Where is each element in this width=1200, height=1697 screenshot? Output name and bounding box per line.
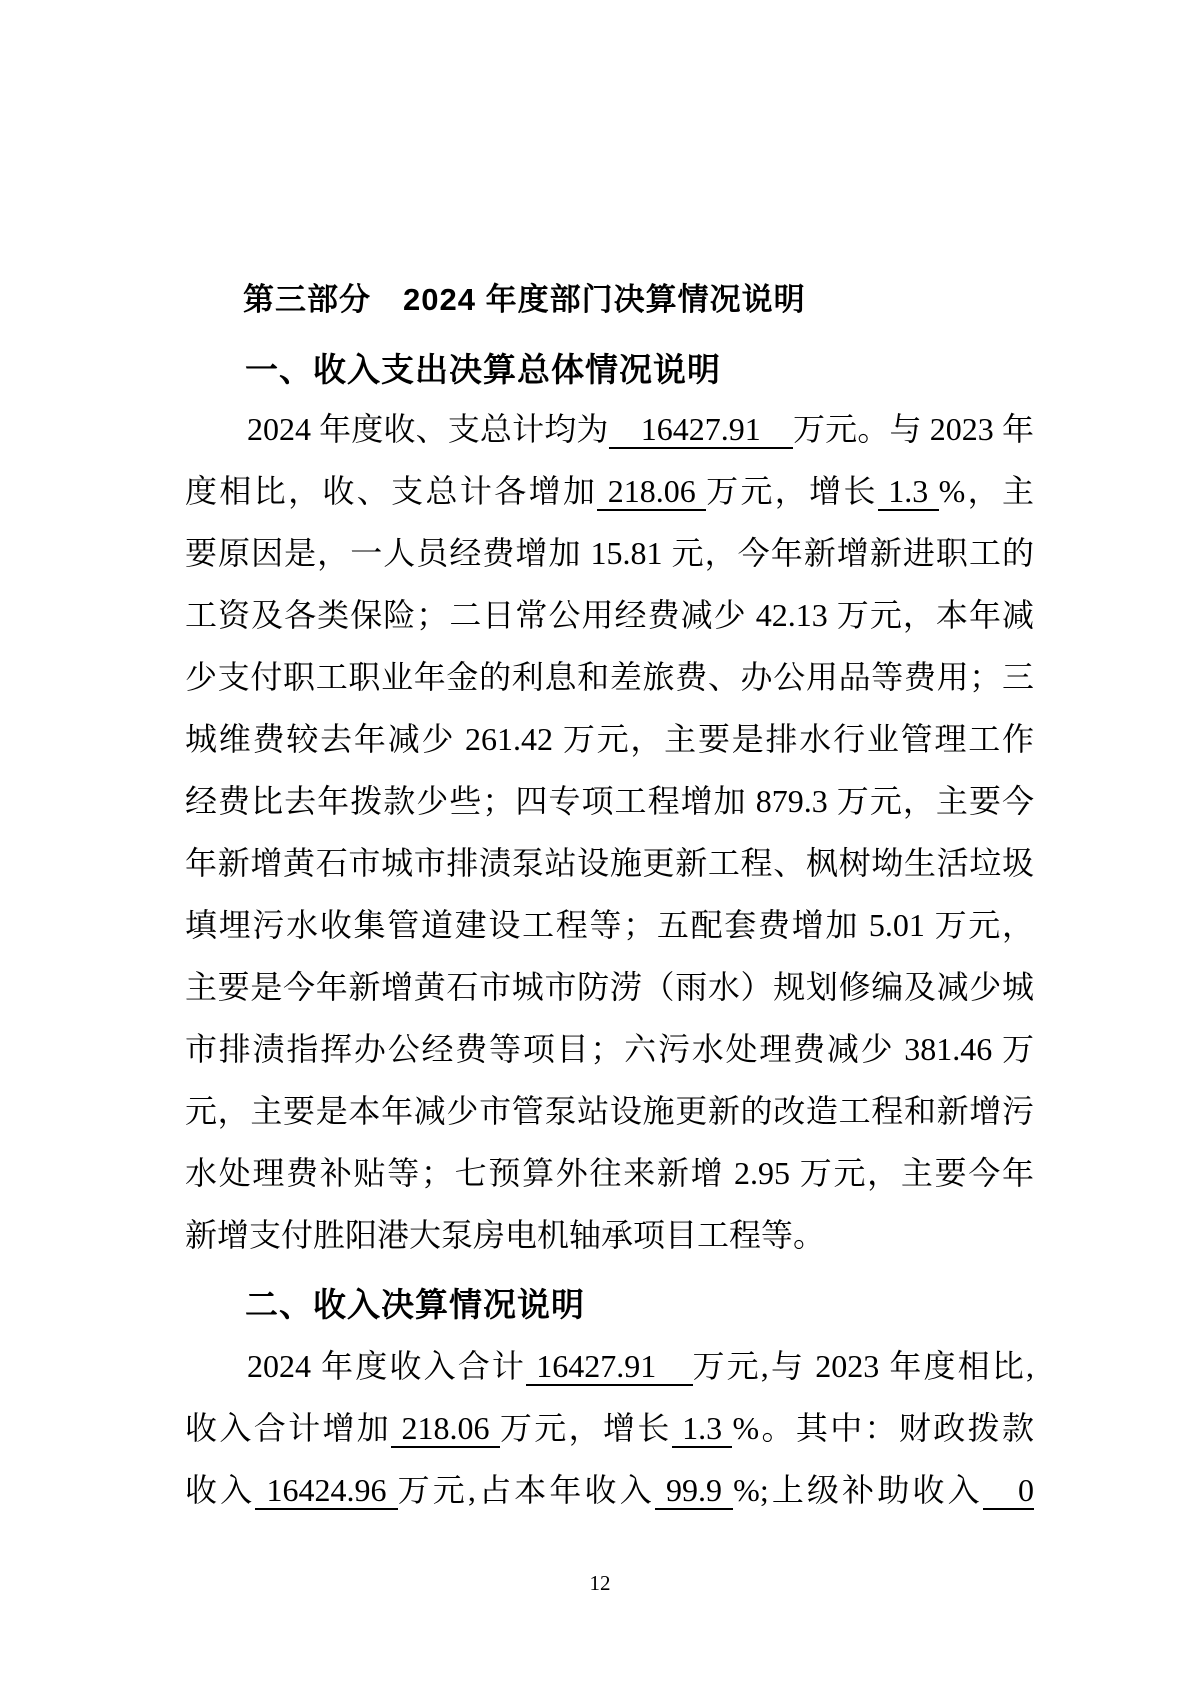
underlined-value: 16424.96 [255, 1472, 397, 1510]
text-run: 水处理费补贴等；七预算外往来新增 2.95 万元，主要今年 [185, 1155, 1034, 1191]
text-run: 万元,与 2023 年度相比, [693, 1348, 1034, 1384]
text-line: 工资及各类保险；二日常公用经费减少 42.13 万元，本年减 [185, 584, 1034, 646]
text-line: 要原因是，一人员经费增加 15.81 元，今年新增新进职工的 [185, 522, 1034, 584]
underlined-value: 0 [983, 1472, 1034, 1510]
text-line: 填埋污水收集管道建设工程等；五配套费增加 5.01 万元， [185, 894, 1034, 956]
underlined-value: 218.06 [597, 473, 706, 511]
text-line: 水处理费补贴等；七预算外往来新增 2.95 万元，主要今年 [185, 1142, 1034, 1204]
text-run: 城维费较去年减少 261.42 万元，主要是排水行业管理工作 [185, 721, 1034, 757]
text-run: 市排渍指挥办公经费等项目；六污水处理费减少 381.46 万 [185, 1031, 1034, 1067]
page-number: 12 [0, 1570, 1200, 1596]
text-line: 元，主要是本年减少市管泵站设施更新的改造工程和新增污 [185, 1080, 1034, 1142]
text-run: 2024 年度收、支总计均为 [247, 411, 609, 447]
section-heading-2: 二、收入决算情况说明 [245, 1283, 585, 1327]
text-run: 万元，增长 [706, 473, 878, 509]
text-line: 2024 年度收入合计 16427.91 万元,与 2023 年度相比, [185, 1335, 1034, 1397]
text-run: %;上级补助收入 [733, 1472, 983, 1508]
text-run: 万元,占本年收入 [398, 1472, 655, 1508]
text-line: 主要是今年新增黄石市城市防涝（雨水）规划修编及减少城 [185, 956, 1034, 1018]
text-line: 市排渍指挥办公经费等项目；六污水处理费减少 381.46 万 [185, 1018, 1034, 1080]
text-line: 城维费较去年减少 261.42 万元，主要是排水行业管理工作 [185, 708, 1034, 770]
text-run: 收入 [185, 1472, 255, 1508]
text-run: 2024 年度收入合计 [247, 1348, 526, 1384]
section-heading-1: 一、收入支出决算总体情况说明 [245, 348, 721, 392]
text-run: 度相比，收、支总计各增加 [185, 473, 597, 509]
text-run: 收入合计增加 [185, 1410, 391, 1446]
text-line: 年新增黄石市城市排渍泵站设施更新工程、枫树坳生活垃圾 [185, 832, 1034, 894]
document-title: 第三部分 2024 年度部门决算情况说明 [243, 280, 806, 320]
underlined-value: 1.3 [878, 473, 939, 511]
text-run: 少支付职工职业年金的利息和差旅费、办公用品等费用；三 [185, 659, 1034, 695]
text-run: %。其中：财政拨款 [732, 1410, 1034, 1446]
text-line: 度相比，收、支总计各增加 218.06 万元，增长 1.3 %，主 [185, 460, 1034, 522]
text-run: %，主 [939, 473, 1034, 509]
document-page: 第三部分 2024 年度部门决算情况说明 一、收入支出决算总体情况说明 2024… [0, 0, 1200, 1697]
paragraph-1: 2024 年度收、支总计均为 16427.91 万元。与 2023 年 度相比，… [185, 398, 1034, 1266]
underlined-value: 218.06 [391, 1410, 500, 1448]
text-run: 填埋污水收集管道建设工程等；五配套费增加 5.01 万元， [185, 907, 1034, 943]
text-run: 年新增黄石市城市排渍泵站设施更新工程、枫树坳生活垃圾 [185, 845, 1034, 881]
text-run: 新增支付胜阳港大泵房电机轴承项目工程等。 [185, 1217, 825, 1253]
text-run: 要原因是，一人员经费增加 15.81 元，今年新增新进职工的 [185, 535, 1034, 571]
text-run: 经费比去年拨款少些；四专项工程增加 879.3 万元，主要今 [185, 783, 1034, 819]
text-line: 2024 年度收、支总计均为 16427.91 万元。与 2023 年 [185, 398, 1034, 460]
text-line: 新增支付胜阳港大泵房电机轴承项目工程等。 [185, 1204, 1034, 1266]
text-run: 工资及各类保险；二日常公用经费减少 42.13 万元，本年减 [185, 597, 1034, 633]
text-line: 少支付职工职业年金的利息和差旅费、办公用品等费用；三 [185, 646, 1034, 708]
text-line: 经费比去年拨款少些；四专项工程增加 879.3 万元，主要今 [185, 770, 1034, 832]
text-run: 元，主要是本年减少市管泵站设施更新的改造工程和新增污 [185, 1093, 1034, 1129]
text-run: 万元，增长 [500, 1410, 672, 1446]
underlined-value: 16427.91 [609, 411, 793, 449]
underlined-value: 1.3 [672, 1410, 733, 1448]
underlined-value: 99.9 [655, 1472, 733, 1510]
text-run: 万元。与 2023 年 [793, 411, 1034, 447]
text-line: 收入 16424.96 万元,占本年收入 99.9 %;上级补助收入 0 [185, 1459, 1034, 1521]
text-run: 主要是今年新增黄石市城市防涝（雨水）规划修编及减少城 [185, 969, 1034, 1005]
underlined-value: 16427.91 [526, 1348, 692, 1386]
paragraph-2: 2024 年度收入合计 16427.91 万元,与 2023 年度相比, 收入合… [185, 1335, 1034, 1521]
text-line: 收入合计增加 218.06 万元，增长 1.3 %。其中：财政拨款 [185, 1397, 1034, 1459]
